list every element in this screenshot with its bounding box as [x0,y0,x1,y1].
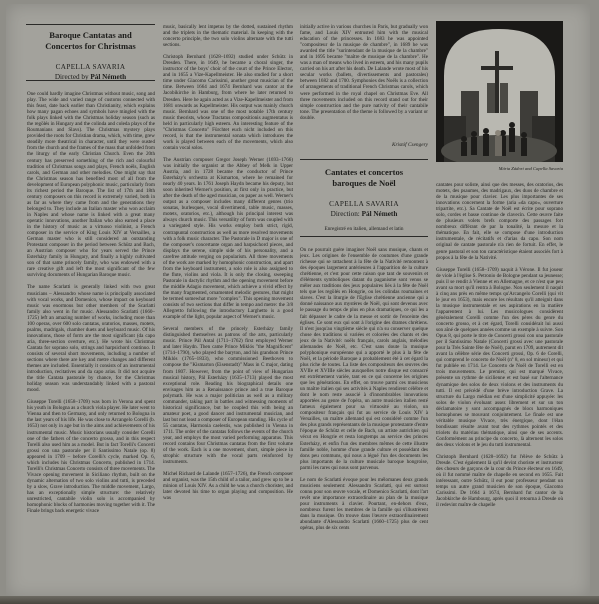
title-top-rule [26,24,155,25]
paragraph: The name Scarlatti is generally linked w… [27,284,155,393]
french-title-line2: baroques de Noël [300,178,428,189]
french-title-top-rule [300,159,428,160]
language-note: Enregistré en italien, allemand et latin [300,226,428,232]
english-column-2: music, basically lent impetus by the dot… [163,24,293,594]
french-column-1: On ne pourrait guère imaginer Noël sans … [300,247,428,590]
photo-caption: Mária Zádori and Capella Savaria [436,166,563,171]
paragraph: initially active in various churches in … [300,24,428,121]
french-director-line: Direction: Pál Németh [300,209,428,219]
english-column-3: initially active in various churches in … [300,24,428,154]
french-title-bottom-rule [300,236,428,237]
french-ensemble: CAPELLA SAVARIA [300,200,428,209]
english-title-line2: Concertos for Christmas [26,41,155,52]
paragraph: On ne pourrait guère imaginer Noël sans … [300,247,428,471]
english-column-1: One could hardly imagine Christmas witho… [27,91,155,591]
paragraph: Le nom de Scarlatti évoque pour les mélo… [300,477,428,531]
table-edge [0,596,599,604]
paragraph: cantates pour soliste, ainsi que des mes… [436,182,563,261]
title-bottom-rule [26,80,155,81]
paragraph: The Austrian composer Gregor Joseph Wern… [163,157,293,320]
paragraph: Christoph Bernhard (1628–1692) fut l'élè… [436,454,563,508]
paragraph: Michel Richard de Lalande (1657–1726), t… [163,471,293,501]
french-director-name: Pál Németh [362,210,398,218]
paragraph: Giuseppe Torelli (1658–1709) was born in… [27,399,155,514]
french-title-line1: Cantates et concertos [300,167,428,178]
direction-label: Direction: [331,210,360,218]
paragraph: One could hardly imagine Christmas witho… [27,91,155,278]
french-column-2: cantates pour soliste, ainsi que des mes… [436,182,563,590]
paragraph: Giuseppe Torelli (1658–1709) naquit à Vé… [436,267,563,448]
church-interior-image [436,21,563,162]
french-title-block: Cantates et concertos baroques de Noël C… [300,167,428,232]
concert-photo [436,21,563,162]
english-title-block: Baroque Cantatas and Concertos for Chris… [26,30,155,82]
paragraph: Several members of the princely Esterház… [163,326,293,465]
english-ensemble: CAPELLA SAVARIA [26,63,155,72]
paragraph: music, basically lent impetus by the dot… [163,24,293,48]
author-signature: Kristóf Csengery [300,142,428,148]
english-title-line1: Baroque Cantatas and [26,30,155,41]
paragraph: Christoph Bernhard (1628–1692) studied u… [163,54,293,151]
